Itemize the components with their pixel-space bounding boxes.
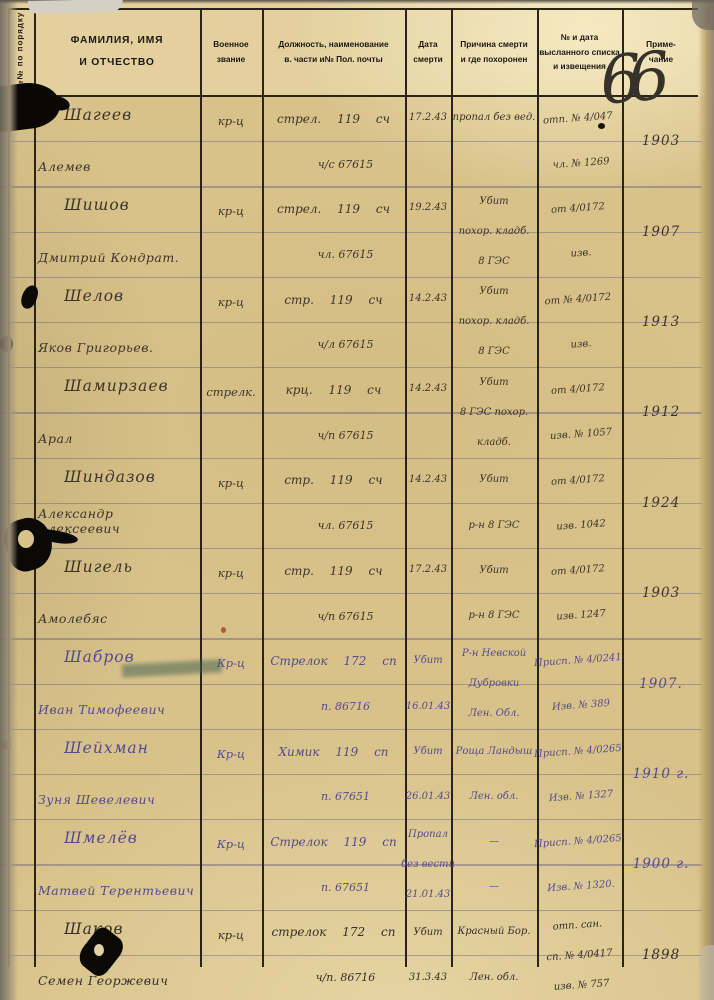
- cause-cell: Убитр-н 8 ГЭС: [451, 458, 537, 548]
- given-name-text: Дмитрий Кондрат.: [38, 250, 200, 265]
- position-line: стр. 119 сч: [284, 293, 382, 307]
- position-cell: стр. 119 счч/л 67615: [262, 277, 405, 367]
- table-row: ШигельАмолебяскр-цстр. 119 счч/п 6761517…: [0, 548, 714, 638]
- surname-text: Шиндазов: [64, 468, 200, 486]
- date-line: Убит: [413, 746, 442, 757]
- torn-hole-core: [94, 944, 104, 956]
- position-line: Химик 119 сп: [278, 745, 388, 759]
- note-year: 1903: [642, 585, 680, 601]
- cause-cell: ——: [451, 819, 537, 909]
- name-cell: ШабровИван Тимофеевич: [34, 638, 200, 728]
- list-line: изв. 1247: [556, 609, 606, 623]
- position-line: крц. 119 сч: [286, 383, 382, 397]
- list-cell: от № 4/0172изв.: [534, 274, 625, 370]
- given-name-text: Арал: [38, 431, 200, 446]
- rank-cell: кр-ц: [200, 910, 262, 1000]
- date-line: без вести: [401, 859, 455, 870]
- header-cause-column: Причина смерти и где похоронен: [451, 9, 537, 95]
- list-line: от 4/0172: [551, 563, 606, 578]
- cause-line: Лен. Обл.: [468, 708, 519, 720]
- date-line: 17.2.43: [409, 564, 447, 575]
- ink-spot: [598, 123, 605, 129]
- position-cell: стрел. 119 сччл. 67615: [262, 186, 405, 276]
- header-line: Военное: [213, 37, 248, 52]
- list-line: Изв. № 1320.: [547, 879, 615, 895]
- rank-text: Кр-ц: [217, 747, 245, 761]
- header-line: смерти: [413, 52, 443, 67]
- header-line: ФАМИЛИЯ, ИМЯ: [71, 30, 164, 52]
- cause-line: Дубровки: [469, 678, 520, 690]
- surname-text: Шаков: [64, 920, 200, 938]
- surname-text: Шелов: [64, 287, 200, 305]
- date-line: Убит: [413, 655, 442, 666]
- note-year: 1907.: [639, 676, 683, 692]
- rank-cell: кр-ц: [200, 96, 262, 186]
- list-cell: Присп. № 4/0265Изв. № 1320.: [534, 816, 625, 912]
- cause-line: пропал без вед.: [453, 112, 536, 124]
- list-line: чл. № 1269: [552, 156, 610, 171]
- table-row: ШейхманЗуня ШевелевичКр-цХимик 119 спп. …: [0, 729, 714, 819]
- position-line: Стрелок 172 сп: [270, 654, 396, 668]
- note-year: 1910 г.: [633, 766, 690, 782]
- date-line: 26.01.43: [406, 791, 451, 802]
- cause-cell: Убитр-н 8 ГЭС: [451, 548, 537, 638]
- date-cell: 14.2.43: [405, 367, 451, 457]
- position-line: стр. 119 сч: [284, 473, 382, 487]
- position-cell: Химик 119 спп. 67651: [262, 729, 405, 819]
- note-cell: 1898: [622, 910, 700, 1000]
- list-line: от 4/0172: [551, 382, 606, 397]
- date-line: 14.2.43: [409, 383, 447, 394]
- cause-line: 8 ГЭС: [478, 346, 509, 358]
- position-cell: стрелок 172 спч/п. 86716: [262, 910, 405, 1000]
- list-line: Изв. № 1327: [549, 789, 614, 804]
- torn-hole-core: [18, 530, 34, 548]
- rank-text: кр-ц: [218, 566, 244, 580]
- cause-line: Убит: [479, 565, 508, 577]
- position-line: ч/л 67615: [317, 338, 373, 351]
- cause-line: Лен. обл.: [470, 972, 519, 984]
- cause-cell: пропал без вед.: [451, 96, 537, 186]
- date-cell: 14.2.43: [405, 277, 451, 367]
- list-line: Присп. № 4/0265: [534, 743, 622, 760]
- position-line: ч/п 67615: [317, 610, 373, 623]
- cause-cell: Убитпохор. кладб.8 ГЭС: [451, 277, 537, 367]
- given-name-text: Зуня Шевелевич: [38, 792, 200, 807]
- rank-cell: Кр-ц: [200, 638, 262, 728]
- header-rank-column: Военное звание: [200, 9, 262, 95]
- note-cell: 1900 г.: [622, 819, 700, 909]
- surname-text: Шейхман: [64, 739, 200, 757]
- header-line: звание: [217, 52, 245, 67]
- note-cell: 1924: [622, 458, 700, 548]
- date-cell: Убит31.3.43: [405, 910, 451, 1000]
- header-name-column: ФАМИЛИЯ, ИМЯ И ОТЧЕСТВО: [34, 9, 200, 95]
- page-edge-left: [0, 0, 18, 1000]
- name-cell: ШамирзаевАрал: [34, 367, 200, 457]
- position-cell: стр. 119 счч/п 67615: [262, 548, 405, 638]
- list-line: изв. № 1057: [550, 427, 613, 442]
- cause-cell: Убитпохор. кладб.8 ГЭС: [451, 186, 537, 276]
- date-cell: 14.2.43: [405, 458, 451, 548]
- date-line: 21.01.43: [406, 889, 451, 900]
- surname-text: Шмелёв: [64, 829, 200, 847]
- surname-text: Шагеев: [64, 106, 200, 124]
- rank-text: кр-ц: [218, 928, 244, 942]
- surname-text: Шишов: [64, 196, 200, 214]
- position-line: ч/с 67615: [318, 158, 373, 171]
- note-year: 1924: [642, 495, 680, 511]
- given-name-text: Семен Георжевич: [38, 973, 200, 988]
- note-year: 1913: [642, 314, 680, 330]
- cause-line: Убит: [479, 196, 508, 208]
- list-line: от № 4/0172: [544, 292, 611, 308]
- note-year: 1907: [642, 224, 680, 240]
- rank-cell: стрелк.: [200, 367, 262, 457]
- cause-line: 8 ГЭС похор.: [460, 407, 528, 419]
- header-position-column: Должность, наименование в. части и№ Пол.…: [262, 9, 405, 95]
- given-name-text: Амолебяс: [38, 611, 200, 626]
- list-line: Присп. № 4/0265: [534, 833, 622, 850]
- list-line: изв. № 757: [553, 977, 609, 992]
- rank-cell: Кр-ц: [200, 729, 262, 819]
- position-cell: крц. 119 счч/п 67615: [262, 367, 405, 457]
- header-line: И ОТЧЕСТВО: [79, 52, 154, 74]
- given-name-text: Алемев: [38, 159, 200, 174]
- list-cell: от 4/0172изв. 1247: [534, 545, 625, 641]
- list-line: изв. 1042: [556, 518, 606, 532]
- red-mark: [221, 627, 226, 633]
- surname-text: Шигель: [64, 558, 200, 576]
- list-line: Изв. № 389: [552, 699, 611, 714]
- rank-text: кр-ц: [218, 204, 244, 218]
- list-line: отп. сан.: [552, 918, 602, 932]
- date-cell: Пропалбез вести21.01.43: [405, 819, 451, 909]
- list-cell: Присп. № 4/0265Изв. № 1327: [534, 726, 625, 822]
- date-cell: 17.2.43: [405, 96, 451, 186]
- page-corner-wear: [700, 945, 714, 1000]
- position-line: п. 67651: [321, 881, 370, 894]
- date-line: 17.2.43: [409, 112, 447, 123]
- rank-cell: кр-ц: [200, 277, 262, 367]
- date-line: 14.2.43: [409, 293, 447, 304]
- position-line: чл. 67615: [318, 248, 374, 261]
- position-line: ч/п 67615: [317, 429, 373, 442]
- list-cell: отп. сан.сп. № 4/0417изв. № 757: [534, 907, 625, 1000]
- rank-text: Кр-ц: [217, 837, 245, 851]
- position-line: ч/п. 86716: [316, 971, 376, 984]
- name-cell: ШмелёвМатвей Терентьевич: [34, 819, 200, 909]
- document-page: ШагеевАлемевкр-цстрел. 119 счч/с 6761517…: [0, 0, 714, 1000]
- table-row: ШиндазовАлександр Алексеевичкр-цстр. 119…: [0, 458, 714, 548]
- name-cell: ШеловЯков Григорьев.: [34, 277, 200, 367]
- position-line: стрел. 119 сч: [277, 112, 390, 126]
- handwritten-page-number: 66: [597, 33, 713, 119]
- list-line: изв.: [570, 248, 592, 260]
- date-line: 19.2.43: [409, 202, 447, 213]
- note-cell: 1910 г.: [622, 729, 700, 819]
- position-line: чл. 67615: [318, 519, 374, 532]
- page-edge-right: [698, 0, 714, 1000]
- list-cell: Присп. № 4/0241Изв. № 389: [534, 636, 625, 732]
- rank-cell: кр-ц: [200, 548, 262, 638]
- position-line: стрел. 119 сч: [277, 202, 390, 216]
- cause-line: —: [489, 881, 499, 893]
- position-cell: Стрелок 172 спп. 86716: [262, 638, 405, 728]
- note-year: 1903: [642, 133, 680, 149]
- date-line: 31.3.43: [409, 972, 447, 983]
- header-line: Дата: [418, 37, 437, 52]
- given-name-text: Иван Тимофеевич: [38, 702, 200, 717]
- date-line: 14.2.43: [409, 474, 447, 485]
- rank-text: кр-ц: [218, 295, 244, 309]
- header-line: и где похоронен: [461, 52, 528, 67]
- list-cell: от 4/0172изв. № 1057: [534, 364, 625, 460]
- cause-cell: Р-н НевскойДубровкиЛен. Обл.: [451, 638, 537, 728]
- name-cell: ШигельАмолебяс: [34, 548, 200, 638]
- table-row: ШамирзаевАралстрелк.крц. 119 счч/п 67615…: [0, 367, 714, 457]
- date-cell: Убит26.01.43: [405, 729, 451, 819]
- rank-text: стрелк.: [206, 385, 255, 399]
- date-line: Убит: [413, 927, 442, 938]
- note-year: 1900 г.: [633, 856, 690, 872]
- note-year: 1912: [642, 404, 680, 420]
- header-line: Причина смерти: [460, 37, 527, 52]
- date-line: 16.01.43: [406, 701, 451, 712]
- cause-line: Р-н Невской: [462, 648, 526, 660]
- position-line: п. 86716: [321, 700, 370, 713]
- table-row: ШишовДмитрий Кондрат.кр-цстрел. 119 сччл…: [0, 186, 714, 276]
- position-cell: стр. 119 сччл. 67615: [262, 458, 405, 548]
- cause-cell: Красный Бор.Лен. обл.: [451, 910, 537, 1000]
- cause-line: Лен. обл.: [470, 791, 519, 803]
- list-line: от 4/0172: [551, 202, 606, 217]
- given-name-text: Матвей Терентьевич: [38, 883, 200, 898]
- position-line: стр. 119 сч: [284, 564, 382, 578]
- table-row: ШмелёвМатвей ТерентьевичКр-цСтрелок 119 …: [0, 819, 714, 909]
- cause-line: —: [489, 836, 499, 848]
- cause-line: Убит: [479, 286, 508, 298]
- note-cell: 1903: [622, 548, 700, 638]
- note-cell: 1912: [622, 367, 700, 457]
- position-cell: Стрелок 119 спп. 67651: [262, 819, 405, 909]
- note-cell: 1907.: [622, 638, 700, 728]
- table-row: ШеловЯков Григорьев.кр-цстр. 119 счч/л 6…: [0, 277, 714, 367]
- cause-line: р-н 8 ГЭС: [468, 610, 519, 622]
- date-cell: Убит16.01.43: [405, 638, 451, 728]
- header-line: № и дата: [561, 30, 599, 45]
- name-cell: ШейхманЗуня Шевелевич: [34, 729, 200, 819]
- cause-line: похор. кладб.: [459, 316, 530, 328]
- rank-cell: кр-ц: [200, 458, 262, 548]
- list-cell: от 4/0172изв. 1042: [534, 455, 625, 551]
- rank-cell: Кр-ц: [200, 819, 262, 909]
- cause-line: Роща Ландыш: [456, 746, 533, 758]
- note-cell: 1913: [622, 277, 700, 367]
- list-line: изв.: [570, 338, 592, 350]
- header-line: в. части и№ Пол. почты: [284, 52, 382, 67]
- cause-line: похор. кладб.: [459, 226, 530, 238]
- cause-line: Убит: [479, 474, 508, 486]
- cause-line: р-н 8 ГЭС: [468, 520, 519, 532]
- cause-line: 8 ГЭС: [478, 256, 509, 268]
- position-line: стрелок 172 сп: [272, 925, 396, 939]
- surname-text: Шамирзаев: [64, 377, 200, 395]
- list-line: от 4/0172: [551, 473, 606, 488]
- header-line: Должность, наименование: [278, 37, 388, 52]
- cause-line: Красный Бор.: [457, 926, 530, 938]
- table-row: ШабровИван ТимофеевичКр-цСтрелок 172 спп…: [0, 638, 714, 728]
- cause-line: Убит: [479, 377, 508, 389]
- cause-line: кладб.: [477, 437, 511, 449]
- cause-cell: Убит8 ГЭС похор.кладб.: [451, 367, 537, 457]
- position-line: п. 67651: [321, 790, 370, 803]
- date-cell: 19.2.43: [405, 186, 451, 276]
- header-date-column: Дата смерти: [405, 9, 451, 95]
- rank-text: кр-ц: [218, 114, 244, 128]
- list-cell: от 4/0172изв.: [534, 184, 625, 280]
- name-cell: ШишовДмитрий Кондрат.: [34, 186, 200, 276]
- given-name-text: Яков Григорьев.: [38, 340, 200, 355]
- rank-text: кр-ц: [218, 476, 244, 490]
- list-line: сп. № 4/0417: [546, 947, 613, 963]
- date-line: Пропал: [408, 829, 448, 840]
- position-line: Стрелок 119 сп: [270, 835, 396, 849]
- note-cell: 1907: [622, 186, 700, 276]
- page-tear-notch: [28, 0, 123, 14]
- cause-cell: Роща ЛандышЛен. обл.: [451, 729, 537, 819]
- position-cell: стрел. 119 счч/с 67615: [262, 96, 405, 186]
- list-line: Присп. № 4/0241: [534, 652, 622, 669]
- rank-cell: кр-ц: [200, 186, 262, 276]
- note-year: 1898: [642, 947, 680, 963]
- date-cell: 17.2.43: [405, 548, 451, 638]
